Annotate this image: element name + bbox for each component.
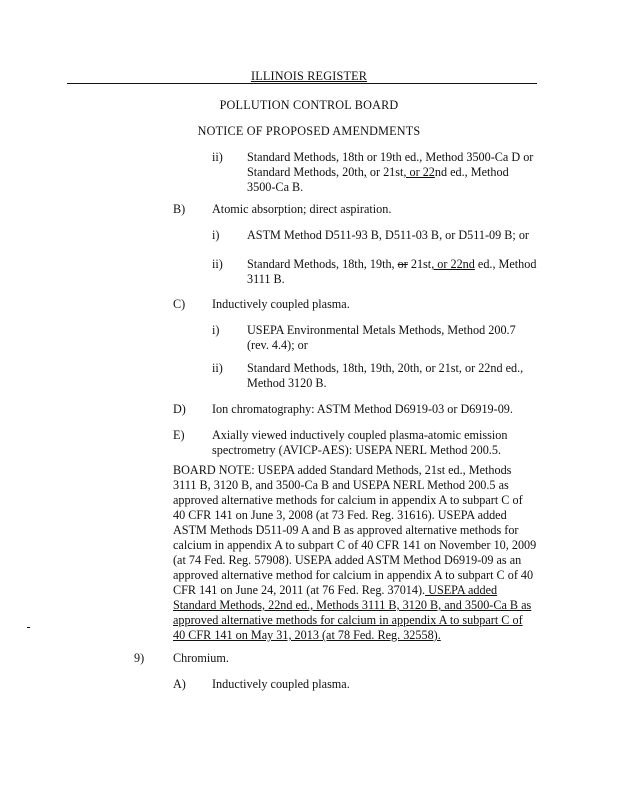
register-title-text: ILLINOIS REGISTER	[251, 69, 367, 83]
note-line: ASTM Methods D511-09 A and B as approved…	[173, 523, 573, 538]
notice-title: NOTICE OF PROPOSED AMENDMENTS	[0, 124, 618, 139]
item-text: Axially viewed inductively coupled plasm…	[212, 428, 507, 458]
item-line: Standard Methods, 18th or 19th ed., Meth…	[247, 150, 533, 165]
item-text: Standard Methods, 18th, 19th, or 21st, o…	[247, 257, 536, 287]
item-line: Standard Methods, 18th, 19th, 20th, or 2…	[247, 361, 523, 376]
item-line: USEPA Environmental Metals Methods, Meth…	[247, 323, 516, 338]
note-line: BOARD NOTE: USEPA added Standard Methods…	[173, 463, 573, 478]
board-note: BOARD NOTE: USEPA added Standard Methods…	[173, 463, 573, 643]
item-text: Inductively coupled plasma.	[212, 677, 350, 692]
item-label: i)	[212, 323, 219, 338]
note-line: 3111 B, 3120 B, and 3500-Ca B and USEPA …	[173, 478, 573, 493]
margin-mark	[27, 627, 30, 628]
note-line: approved alternative method for calcium …	[173, 568, 573, 583]
note-line: CFR 141 on June 24, 2011 (at 76 Fed. Reg…	[173, 583, 573, 598]
item-line: Standard Methods, 18th, 19th, or 21st, o…	[247, 257, 536, 272]
item-label: C)	[173, 297, 185, 312]
item-text: Ion chromatography: ASTM Method D6919-03…	[212, 402, 513, 417]
item-label: ii)	[212, 257, 223, 272]
item-line: spectrometry (AVICP-AES): USEPA NERL Met…	[212, 443, 507, 458]
item-text: USEPA Environmental Metals Methods, Meth…	[247, 323, 516, 353]
note-line: (at 74 Fed. Reg. 57908). USEPA added AST…	[173, 553, 573, 568]
item-line: Axially viewed inductively coupled plasm…	[212, 428, 507, 443]
item-text: Chromium.	[173, 651, 229, 666]
item-line: Standard Methods, 20th, or 21st, or 22nd…	[247, 165, 533, 180]
agency-title: POLLUTION CONTROL BOARD	[0, 98, 618, 113]
item-label: A)	[173, 677, 186, 692]
item-label: B)	[173, 202, 185, 217]
note-line: 40 CFR 141 on June 3, 2008 (at 73 Fed. R…	[173, 508, 573, 523]
note-line-inserted: approved alternative methods for calcium…	[173, 613, 573, 628]
note-line: approved alternative methods for calcium…	[173, 493, 573, 508]
item-line: 3111 B.	[247, 272, 536, 287]
item-label: i)	[212, 228, 219, 243]
register-title: ILLINOIS REGISTER	[0, 69, 618, 84]
item-text: Atomic absorption; direct aspiration.	[212, 202, 391, 217]
item-label: E)	[173, 428, 185, 443]
item-line: Method 3120 B.	[247, 376, 523, 391]
item-label: ii)	[212, 361, 223, 376]
item-line: (rev. 4.4); or	[247, 338, 516, 353]
document-page: ILLINOIS REGISTER POLLUTION CONTROL BOAR…	[0, 0, 618, 800]
item-text: Standard Methods, 18th or 19th ed., Meth…	[247, 150, 533, 195]
note-line-inserted: 40 CFR 141 on May 31, 2013 (at 78 Fed. R…	[173, 628, 573, 643]
item-label: D)	[173, 402, 186, 417]
item-text: Inductively coupled plasma.	[212, 297, 350, 312]
item-text: ASTM Method D511-93 B, D511-03 B, or D51…	[247, 228, 529, 243]
item-label: ii)	[212, 150, 223, 165]
note-line: calcium in appendix A to subpart C of 40…	[173, 538, 573, 553]
item-line: 3500-Ca B.	[247, 180, 533, 195]
item-label: 9)	[134, 651, 144, 666]
item-text: Standard Methods, 18th, 19th, 20th, or 2…	[247, 361, 523, 391]
note-line-inserted: Standard Methods, 22nd ed., Methods 3111…	[173, 598, 573, 613]
